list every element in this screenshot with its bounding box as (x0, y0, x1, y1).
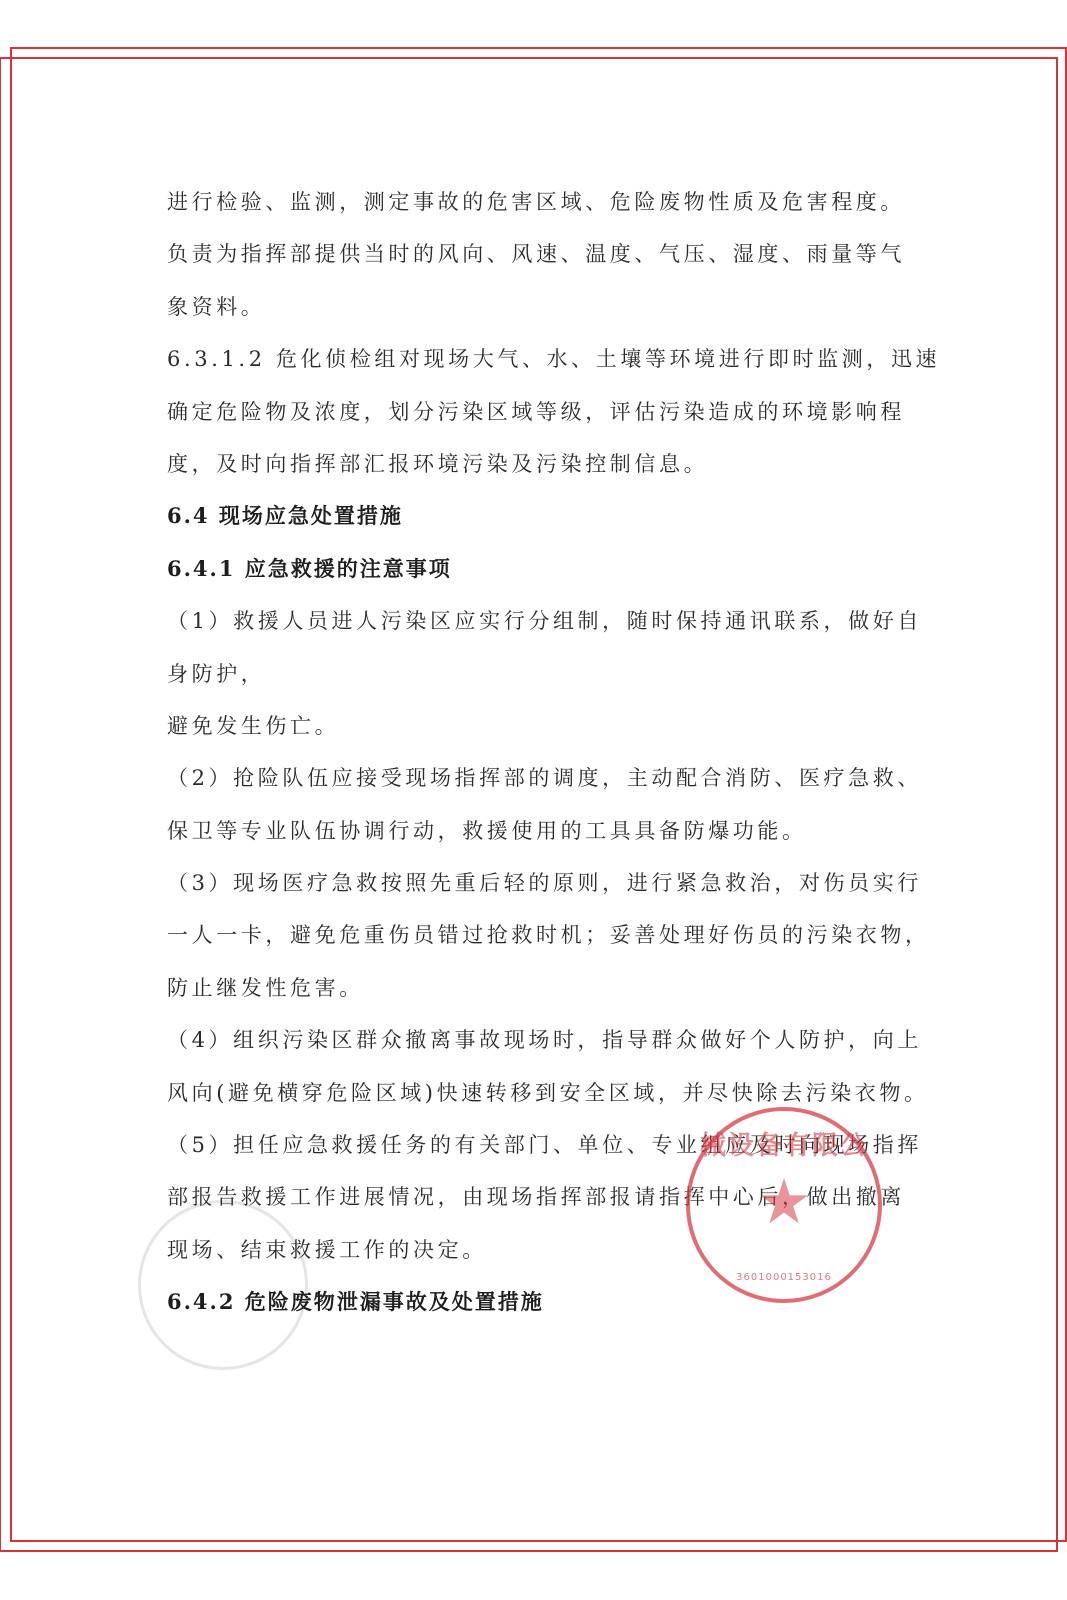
body-line: 进行检验、监测，测定事故的危害区域、危险废物性质及危害程度。 (167, 176, 889, 228)
body-line: （5）担任应急救援任务的有关部门、单位、专业组应及时向现场指挥 (167, 1119, 889, 1171)
body-line: 身防护， (167, 648, 889, 700)
body-line: 确定危险物及浓度，划分污染区域等级，评估污染造成的环境影响程 (167, 386, 889, 438)
body-line: 部报告救援工作进展情况，由现场指挥部报请指挥中心后，做出撤离 (167, 1171, 889, 1223)
document-body: 进行检验、监测，测定事故的危害区域、危险废物性质及危害程度。 负责为指挥部提供当… (167, 176, 889, 1329)
body-line: 一人一卡，避免危重伤员错过抢救时机；妥善处理好伤员的污染衣物， (167, 909, 889, 961)
section-heading-6-4: 6.4 现场应急处置措施 (167, 490, 889, 542)
body-line: 6.3.1.2 危化侦检组对现场大气、水、土壤等环境进行即时监测，迅速 (167, 333, 889, 385)
body-line: 避免发生伤亡。 (167, 700, 889, 752)
body-line: 风向(避免横穿危险区域)快速转移到安全区域，并尽快除去污染衣物。 (167, 1067, 889, 1119)
section-heading-6-4-2: 6.4.2 危险废物泄漏事故及处置措施 (167, 1276, 889, 1328)
body-line: （1）救援人员进人污染区应实行分组制，随时保持通讯联系，做好自 (167, 595, 889, 647)
body-line: 度，及时向指挥部汇报环境污染及污染控制信息。 (167, 438, 889, 490)
body-line: 负责为指挥部提供当时的风向、风速、温度、气压、湿度、雨量等气 (167, 228, 889, 280)
body-line: 现场、结束救援工作的决定。 (167, 1224, 889, 1276)
body-line: 防止继发性危害。 (167, 962, 889, 1014)
body-line: 保卫等专业队伍协调行动，救援使用的工具具备防爆功能。 (167, 805, 889, 857)
body-line: 象资料。 (167, 281, 889, 333)
section-heading-6-4-1: 6.4.1 应急救援的注意事项 (167, 543, 889, 595)
body-line: （2）抢险队伍应接受现场指挥部的调度，主动配合消防、医疗急救、 (167, 752, 889, 804)
body-line: （3）现场医疗急救按照先重后轻的原则，进行紧急救治，对伤员实行 (167, 857, 889, 909)
body-line: （4）组织污染区群众撤离事故现场时，指导群众做好个人防护，向上 (167, 1014, 889, 1066)
